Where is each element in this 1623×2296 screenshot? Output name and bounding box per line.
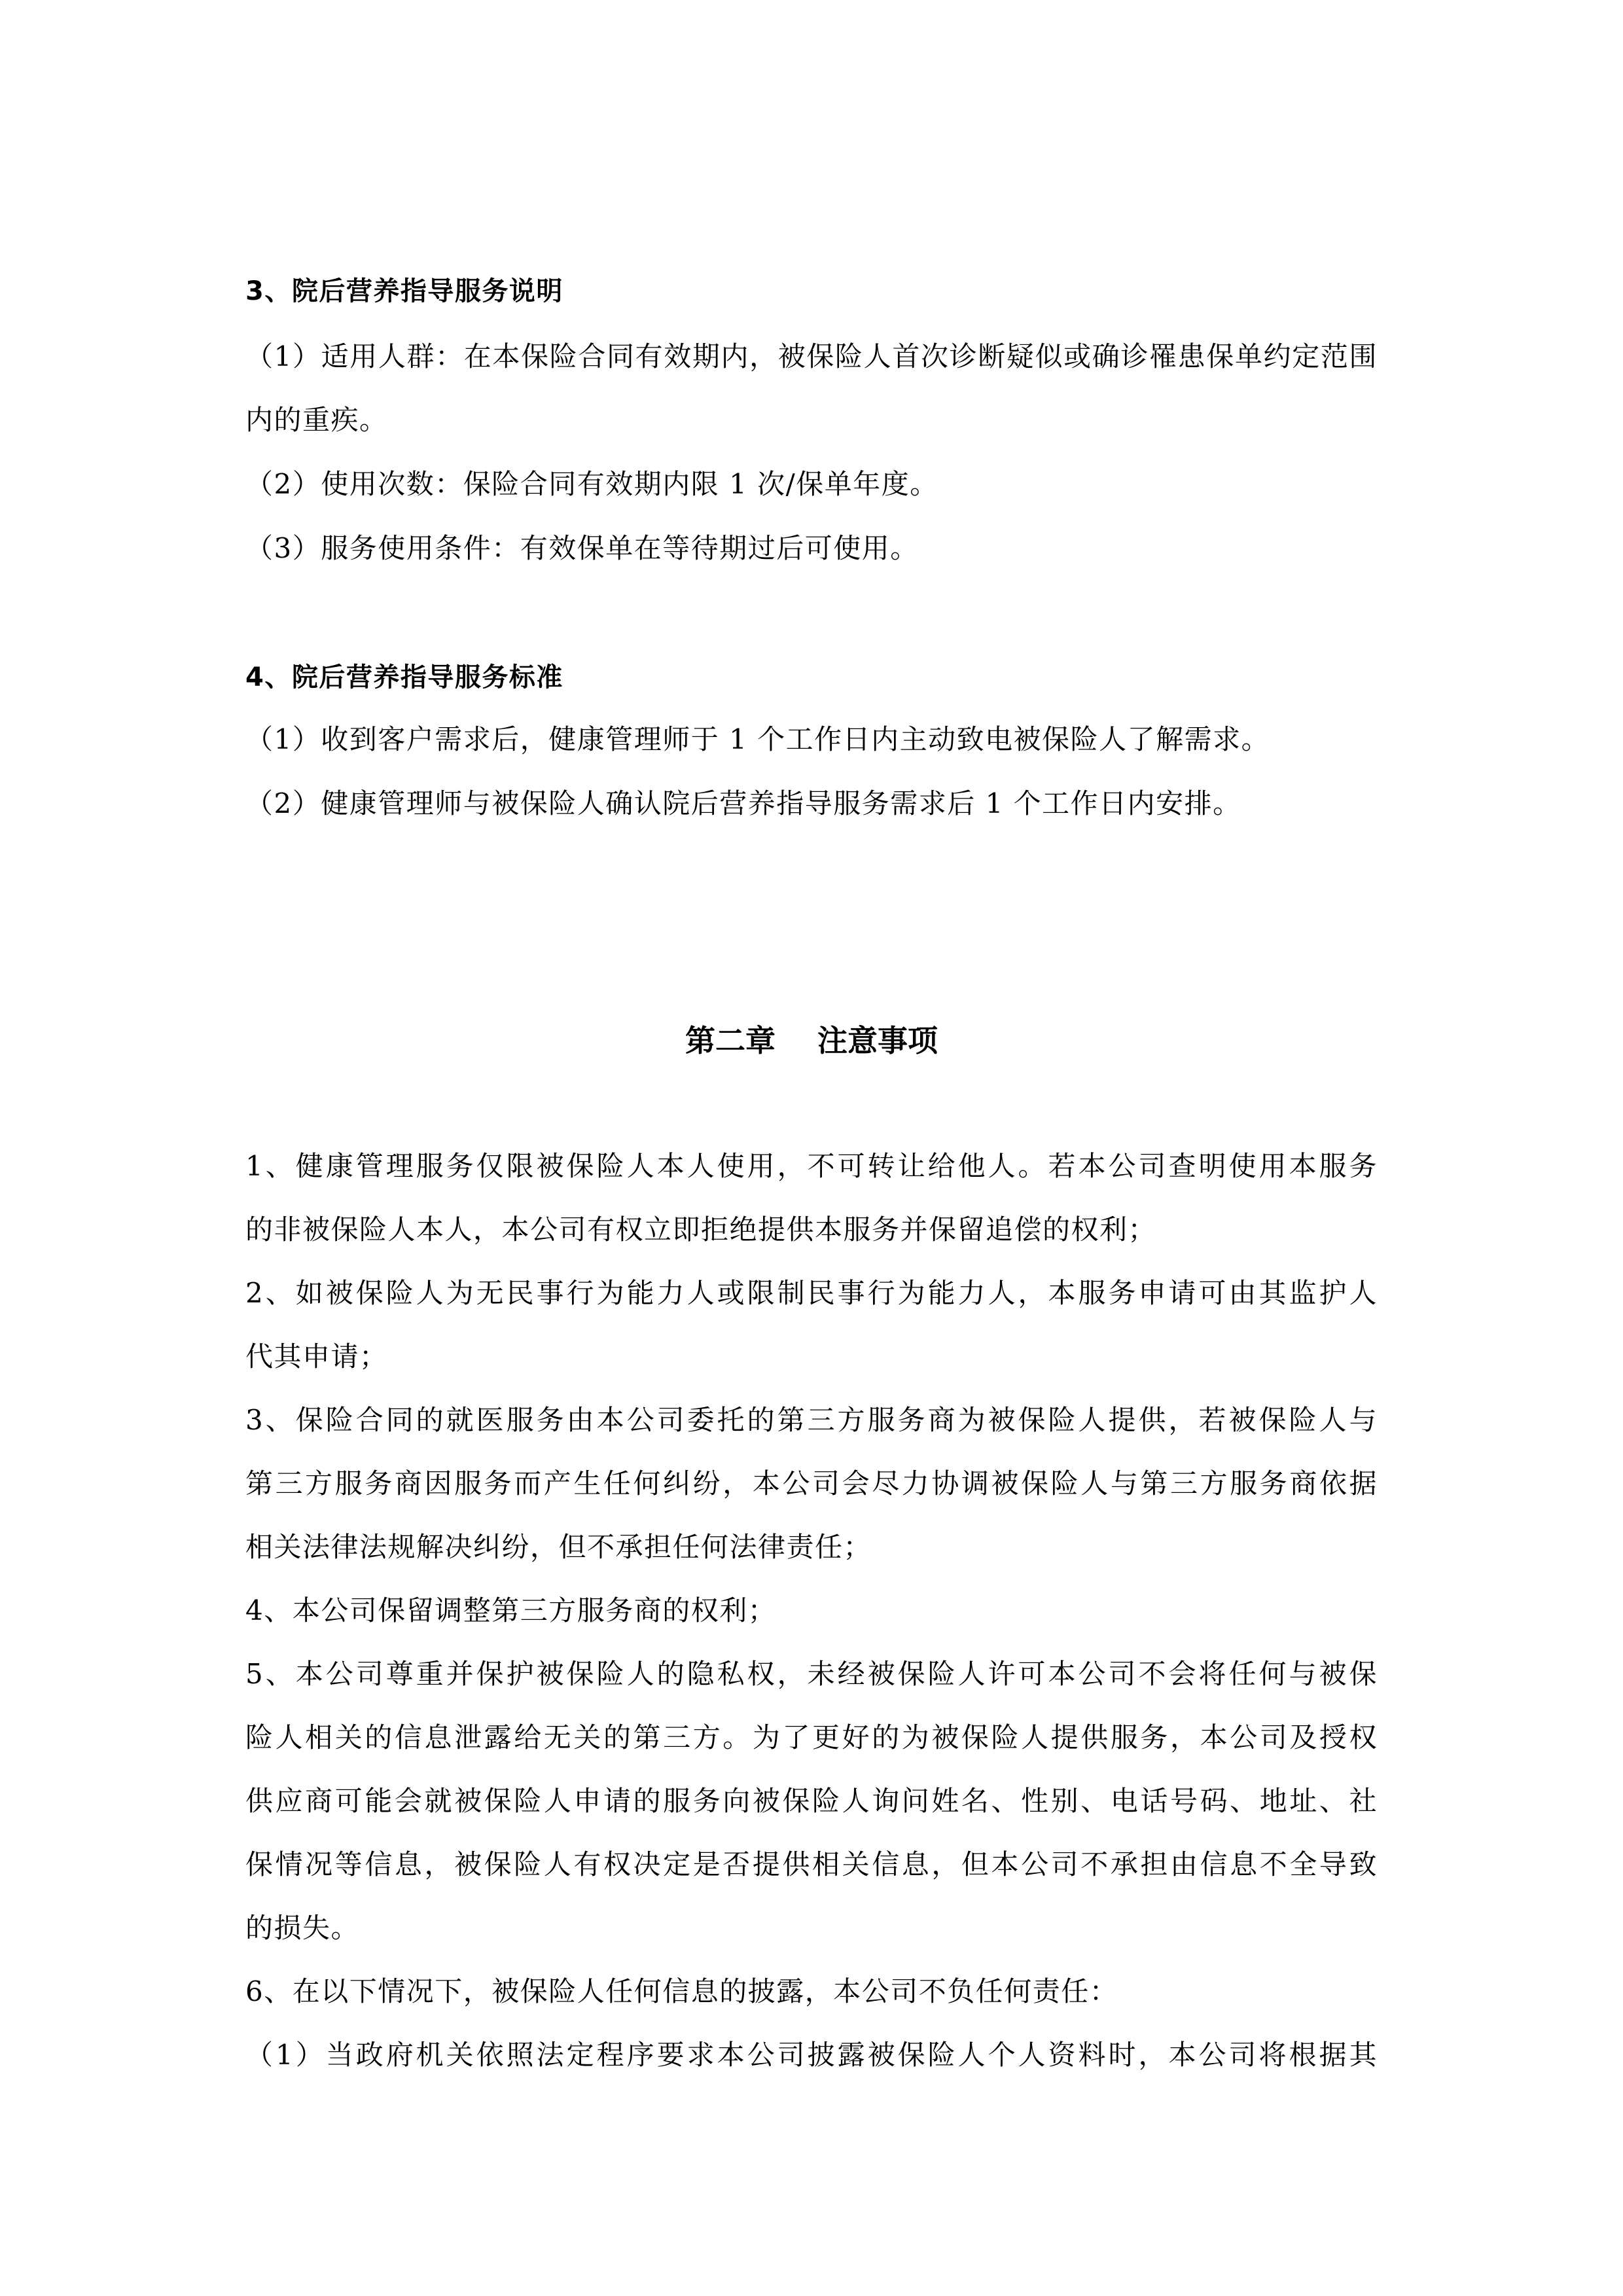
chapter-title: 第二章 注意事项 <box>0 1021 1623 1060</box>
section-4-item: （2）健康管理师与被保险人确认院后营养指导服务需求后 1 个工作日内安排。 <box>245 784 1378 823</box>
notice-line: （1）当政府机关依照法定程序要求本公司披露被保险人个人资料时，本公司将根据其 <box>245 2036 1378 2075</box>
notice-line: 第三方服务商因服务而产生任何纠纷，本公司会尽力协调被保险人与第三方服务商依据 <box>245 1464 1378 1503</box>
notice-line: 5、本公司尊重并保护被保险人的隐私权，未经被保险人许可本公司不会将任何与被保 <box>245 1655 1378 1694</box>
notice-line: 保情况等信息，被保险人有权决定是否提供相关信息，但本公司不承担由信息不全导致 <box>245 1845 1378 1884</box>
notice-line: 的非被保险人本人，本公司有权立即拒绝提供本服务并保留追偿的权利； <box>245 1210 1378 1249</box>
section-3-item: （1）适用人群：在本保险合同有效期内，被保险人首次诊断疑似或确诊罹患保单约定范围 <box>245 337 1378 376</box>
notice-line: 6、在以下情况下，被保险人任何信息的披露，本公司不负任何责任： <box>245 1972 1378 2011</box>
notice-line: 2、如被保险人为无民事行为能力人或限制民事行为能力人，本服务申请可由其监护人 <box>245 1274 1378 1313</box>
section-3-item: 内的重疾。 <box>245 401 1378 440</box>
section-3-item: （2）使用次数：保险合同有效期内限 1 次/保单年度。 <box>245 465 1378 504</box>
section-3-heading: 3、院后营养指导服务说明 <box>245 272 1378 311</box>
notice-line: 1、健康管理服务仅限被保险人本人使用，不可转让给他人。若本公司查明使用本服务 <box>245 1147 1378 1186</box>
notice-line: 代其申请； <box>245 1337 1378 1376</box>
notice-line: 的损失。 <box>245 1909 1378 1948</box>
notice-line: 3、保险合同的就医服务由本公司委托的第三方服务商为被保险人提供，若被保险人与 <box>245 1401 1378 1440</box>
notice-line: 相关法律法规解决纠纷，但不承担任何法律责任； <box>245 1528 1378 1567</box>
section-4-heading: 4、院后营养指导服务标准 <box>245 658 1378 697</box>
notice-line: 险人相关的信息泄露给无关的第三方。为了更好的为被保险人提供服务，本公司及授权 <box>245 1718 1378 1757</box>
notice-line: 供应商可能会就被保险人申请的服务向被保险人询问姓名、性别、电话号码、地址、社 <box>245 1782 1378 1821</box>
section-4-item: （1）收到客户需求后，健康管理师于 1 个工作日内主动致电被保险人了解需求。 <box>245 720 1378 759</box>
section-3-item: （3）服务使用条件：有效保单在等待期过后可使用。 <box>245 529 1378 568</box>
notice-line: 4、本公司保留调整第三方服务商的权利； <box>245 1591 1378 1630</box>
